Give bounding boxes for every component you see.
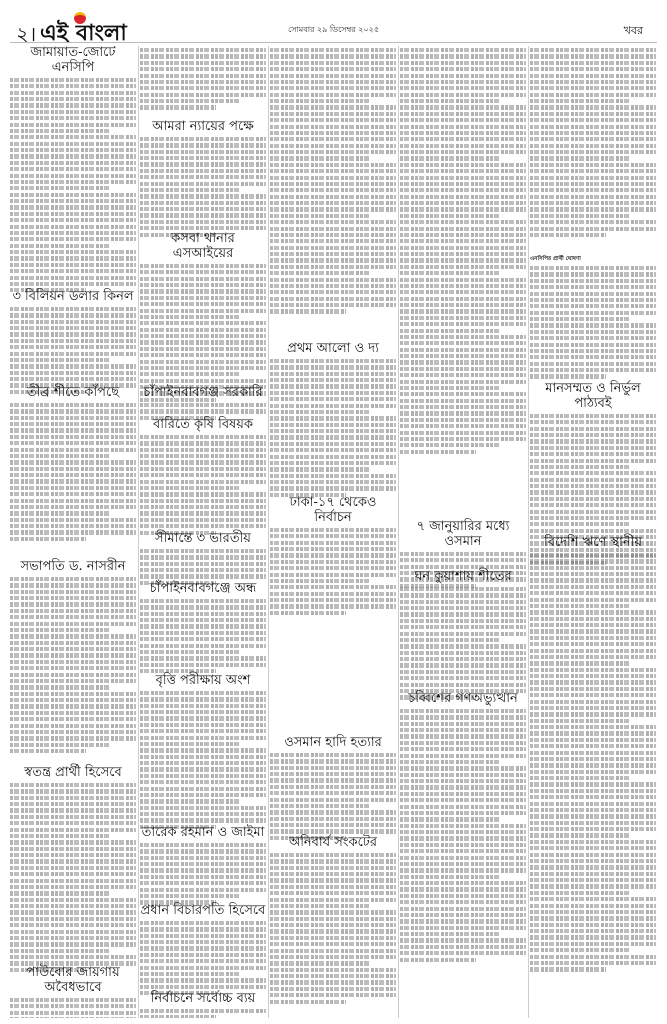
logo-sun-icon xyxy=(74,12,86,24)
article-body xyxy=(140,264,266,402)
article-headline: মানসম্মত ও নির্ভুল পাঠ্যবই xyxy=(530,382,656,412)
article: এনসিপির প্রার্থী ঘোষণা xyxy=(530,256,656,381)
article: তারেক রহমান ও জাইমা xyxy=(140,826,266,907)
article-headline: অনিবার্য সংকটের xyxy=(270,836,396,851)
article-headline: বৃত্তি পরীক্ষায় অংশ xyxy=(140,674,266,689)
article-body xyxy=(140,921,266,995)
column-2: আমরা ন্যায়ের পক্ষেকসবা থানার এসআইয়েরচা… xyxy=(140,46,266,1018)
article-body xyxy=(140,1009,266,1018)
article-headline: বিদেশি ঋণে স্থানীয় xyxy=(530,536,656,551)
article: ঘন কুয়াশায় শীতের xyxy=(400,570,526,702)
article: পাউবোর জায়গায় অবৈধভাবে xyxy=(10,966,136,1018)
article: সীমান্তে ৩ ভারতীয় xyxy=(140,532,266,587)
article-headline: চব্বিশের গণঅভ্যুত্থান xyxy=(400,692,526,707)
article: চাঁপাইনবাবগঞ্জে অন্ধ xyxy=(140,582,266,675)
article-body xyxy=(10,78,136,293)
article-headline: ঢাকা-১৭ থেকেও নির্বাচন xyxy=(270,496,396,526)
article: সভাপতি ড. নাসরীন xyxy=(10,560,136,755)
article-headline: তারেক রহমান ও জাইমা xyxy=(140,826,266,841)
article: তীব্র শীতে কাঁপছে xyxy=(10,386,136,543)
article: বিদেশি ঋণে স্থানীয় xyxy=(530,536,656,974)
article-headline: সীমান্তে ৩ ভারতীয় xyxy=(140,532,266,547)
article: আমরা ন্যায়ের পক্ষে xyxy=(140,120,266,239)
newspaper-page: জামায়াত-জোটে এনসিপি৩ বিলিয়ন ডলার কিনলত… xyxy=(10,46,660,1018)
article-body xyxy=(400,709,526,962)
article-body xyxy=(10,403,136,541)
article-headline: তীব্র শীতে কাঁপছে xyxy=(10,386,136,401)
column-divider xyxy=(528,46,529,1018)
article: নির্বাচনে সর্বোচ্চ ব্যয় xyxy=(140,992,266,1018)
article-body xyxy=(140,599,266,673)
article-body xyxy=(530,266,656,379)
article-body xyxy=(270,359,396,497)
article-body xyxy=(140,137,266,237)
article-headline: প্রধান বিচারপতি হিসেবে xyxy=(140,904,266,919)
article: অনিবার্য সংকটের xyxy=(270,836,396,1006)
article: প্রধান বিচারপতি হিসেবে xyxy=(140,904,266,997)
article-body xyxy=(270,48,396,314)
column-divider xyxy=(138,46,139,1018)
article: বারিতে কৃষি বিষয়ক xyxy=(140,418,266,537)
article xyxy=(270,46,396,316)
masthead: ২। এই বাংলা সোমবার ২৯ ডিসেম্বর ২০২৫ খবর xyxy=(0,0,667,44)
article-body xyxy=(270,528,396,615)
article xyxy=(400,46,526,456)
article-headline: পাউবোর জায়গায় অবৈধভাবে xyxy=(10,966,136,996)
article-headline: চাঁপাইনবাবগঞ্জ সরকারি xyxy=(140,386,266,401)
article: চব্বিশের গণঅভ্যুত্থান xyxy=(400,692,526,964)
article-headline: ঘন কুয়াশায় শীতের xyxy=(400,570,526,585)
article xyxy=(530,46,656,239)
article: স্বতন্ত্র প্রার্থী হিসেবে xyxy=(10,766,136,974)
article-body xyxy=(140,843,266,905)
article-body xyxy=(270,853,396,1004)
article-headline: প্রথম আলো ও দ্য xyxy=(270,342,396,357)
article-headline: জামায়াত-জোটে এনসিপি xyxy=(10,46,136,76)
article-body xyxy=(270,753,396,840)
column-5: এনসিপির প্রার্থী ঘোষণামানসম্মত ও নির্ভুল… xyxy=(530,46,656,1018)
article xyxy=(140,46,266,112)
article: বৃত্তি পরীক্ষায় অংশ xyxy=(140,674,266,831)
article-body xyxy=(140,48,266,110)
article-headline: ৭ জানুয়ারির মধ্যে ওসমান xyxy=(400,520,526,550)
article: জামায়াত-জোটে এনসিপি xyxy=(10,46,136,295)
masthead-divider xyxy=(10,42,657,43)
article-body xyxy=(400,587,526,700)
article-headline: আমরা ন্যায়ের পক্ষে xyxy=(140,120,266,135)
article-body xyxy=(10,998,136,1018)
section-label: খবর xyxy=(624,22,643,41)
article-subhead: এনসিপির প্রার্থী ঘোষণা xyxy=(530,256,656,264)
article: প্রথম আলো ও দ্য xyxy=(270,342,396,499)
article-headline: চাঁপাইনবাবগঞ্জে অন্ধ xyxy=(140,582,266,597)
column-1: জামায়াত-জোটে এনসিপি৩ বিলিয়ন ডলার কিনলত… xyxy=(10,46,136,1018)
article-headline: বারিতে কৃষি বিষয়ক xyxy=(140,418,266,433)
article-body xyxy=(10,783,136,972)
article-body xyxy=(10,577,136,753)
article-body xyxy=(400,48,526,454)
column-divider xyxy=(398,46,399,1018)
article: ৩ বিলিয়ন ডলার কিনল xyxy=(10,290,136,396)
column-divider xyxy=(268,46,269,1018)
article-headline: নির্বাচনে সর্বোচ্চ ব্যয় xyxy=(140,992,266,1007)
article: কসবা থানার এসআইয়ের xyxy=(140,232,266,404)
article-body xyxy=(530,553,656,972)
article-headline: কসবা থানার এসআইয়ের xyxy=(140,232,266,262)
article-headline: সভাপতি ড. নাসরীন xyxy=(10,560,136,575)
column-3: প্রথম আলো ও দ্যঢাকা-১৭ থেকেও নির্বাচনওসম… xyxy=(270,46,396,1018)
article-body xyxy=(140,435,266,535)
article-body xyxy=(10,307,136,394)
article-headline: স্বতন্ত্র প্রার্থী হিসেবে xyxy=(10,766,136,781)
article: ওসমান হাদি হত্যার xyxy=(270,736,396,842)
article-body xyxy=(530,48,656,237)
column-4: ৭ জানুয়ারির মধ্যে ওসমানঘন কুয়াশায় শীত… xyxy=(400,46,526,1018)
issue-date: সোমবার ২৯ ডিসেম্বর ২০২৫ xyxy=(0,24,667,37)
article-body xyxy=(140,549,266,585)
article-body xyxy=(140,691,266,829)
article: ঢাকা-১৭ থেকেও নির্বাচন xyxy=(270,496,396,617)
article-headline: ৩ বিলিয়ন ডলার কিনল xyxy=(10,290,136,305)
article-headline: ওসমান হাদি হত্যার xyxy=(270,736,396,751)
